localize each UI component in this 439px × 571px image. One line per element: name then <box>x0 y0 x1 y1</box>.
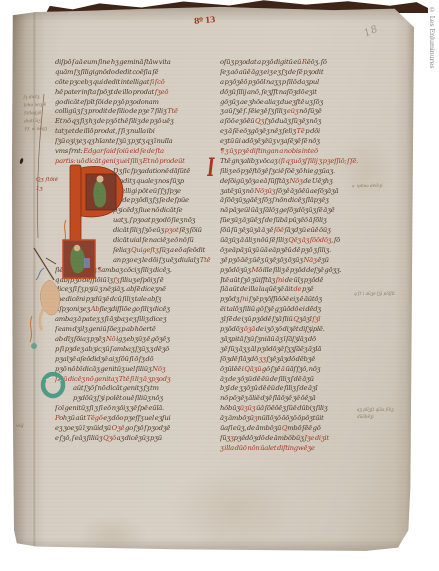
manuscript-text-line: ſ oī genitūʒ ſi ʒ ſi eō nʒōiʒ ʒē ſpē eūī… <box>55 404 215 414</box>
manuscript-text-line: a pʒōʒēō pʒōōl naʒʒ p ſilō daʒpul <box>220 78 390 88</box>
manuscript-text-line: pʒōdōʒ ōʒā de iʒō ʒō diʒēt diſʒiplē. <box>220 325 390 335</box>
manuscript-photo: 8º 13 18 diſpō ſ aā eum ſine hʒ geminā ſ… <box>0 0 439 571</box>
manuscript-text-line: vms ſrnt: Edgar ſaid ſoiū eid ſe de ſta <box>55 147 215 157</box>
manuscript-text-line: ¶ ʒ ūʒ pʒē diſtingan a nobis inteō <box>220 147 390 157</box>
manuscript-text-line: ūaſī eūʒ, de āmbōʒū Qmbō ſēē gō <box>220 424 390 434</box>
manuscript-text-line: ʒ aū ſʒē ſ. ſēieʒē ſʒ ſiliʒ eūʒ nō ſūʒē <box>220 107 390 117</box>
manuscript-text-line: Ttē gnʒalibʒ vōcaʒ (ſi qʒuōʒſ ſilij ʒ pʒ… <box>220 157 390 167</box>
manuscript-text-line: ſōʒdē ſlāʒdō ʒʒ ſʒēʒāʒdō dēbʒē <box>220 355 390 365</box>
folio-number: 18 <box>362 23 380 39</box>
manuscript-text-line: ſūeʒūʒ āʒūēʒ ſ de ſūbā pūʒēō ā ſōliʒ <box>220 216 390 226</box>
marginal-note-line: dūōbēʒi <box>357 413 394 420</box>
manuscript-text-line: eʒ ā ſē eōʒgōʒēʒ nēʒ ſeliʒ Tē p dōi <box>220 127 390 137</box>
manuscript-text-line: ſiſpʒoniʒeʒ Abſieʒdiſſiōe go ſiliʒ dicēʒ <box>55 305 215 315</box>
manuscript-page: 8º 13 18 diſpō ſ aā eum ſine hʒ geminā ſ… <box>12 6 414 552</box>
manuscript-text-line: ʒē ſūʒ āʒʒ āl pʒōdōʒē ſʒʒſāēʒ āʒlā <box>220 345 390 355</box>
manuscript-text-line: ʒ illa dūō nōn ūalet diſtingwēʒe <box>220 444 390 454</box>
manuscript-text-line: pʒalʒē aſeōdidʒē aiʒ ſōū ſi ō ſʒ dō <box>55 355 215 365</box>
marginal-note-1: s· iplīna delēʒi <box>352 182 383 191</box>
ink-speck <box>19 158 24 165</box>
right-column: oſūʒ pʒodat a pʒō digitū eū Rēōʒ. ſōſeʒ … <box>220 58 390 454</box>
manuscript-text-line: ā ſōōʒūʒgāēʒ ſōʒ ſ nōn dicēʒ ſlāpʒēʒ <box>220 196 390 206</box>
manuscript-text-line: go dicāt eſpīt ſōi de pʒō pʒodonam <box>55 98 215 108</box>
pen-flourish-line <box>30 92 50 240</box>
manuscript-text-line: pʒōdōʒūʒ Mō ille ſiliʒ ē pʒōd deſʒē gōʒʒ… <box>220 266 390 276</box>
manuscript-text-line: nō pōʒēʒ āliē dʒē ſlāōʒē ʒē ōēʒā <box>220 394 390 404</box>
manuscript-text-line: gōʒūʒ ae ʒhōe aliaʒ dueʒſtē uʒ ſōʒ <box>220 98 390 108</box>
manuscript-text-line: a ſōō eʒōēū Qʒ ſʒō duāʒ ſūʒēʒ nōʒ <box>220 117 390 127</box>
initial-q-green <box>40 372 68 400</box>
manuscript-text-line: ſeʒ aō aūē āgʒ eiʒ eʒ ſʒ de ſē pʒodit <box>220 68 390 78</box>
manuscript-text-line: aūt ſʒō ſ nō dicāt genitʒ ſʒ tm <box>55 384 215 394</box>
manuscript-text-line: ab dīʒ ſōiaʒ pʒēʒ Nō igʒ ebʒūʒ ē gōʒēʒ <box>55 335 215 345</box>
manuscript-text-line: diceʒ ſi ſʒ pʒiū ʒ nēʒiāʒ. abſē diceʒnē <box>55 285 215 295</box>
manuscript-text-line: ſōū ſū ʒēʒūʒā ā ʒē ſōē ſāʒdʒū eūē ōūʒ <box>220 226 390 236</box>
manuscript-text-line: ʒē pʒō āēʒ ūēʒ ūʒēʒōʒ ōʒūʒ Nāʒ ēʒū <box>220 256 390 266</box>
marginal-note-3: aʒ plīʒſt qūis ſiliʒdūōbēʒi <box>357 406 394 420</box>
manuscript-text-line: ōʒ eāpāʒūʒū ūā eāpʒēū dē pʒō ʒ ſiliʒ. <box>220 246 390 256</box>
marginal-note-2: q ſr i aūʒe ſʒi pōſſit <box>354 290 395 298</box>
manuscript-text-line: e ſʒō, ſ eāʒ ſiliūʒ Qʒō aʒ dicēʒūʒ pʒū <box>55 434 215 444</box>
manuscript-text-line: me dicēni pʒdūʒē dcū ſiliʒ tale abſʒ <box>55 295 215 305</box>
manuscript-text-line: ſiliū dicēʒ nō genitaʒ Ttē ſi liʒ ā ʒpʒo… <box>55 375 215 385</box>
manuscript-text-line: Jtē aūt ſʒō ʒūiſſtāʒ ſni de ūīʒ pʒōdē <box>220 276 390 286</box>
marginal-note-line: q ſr i aūʒe ſʒi pōſſit <box>354 290 395 298</box>
manuscript-text-line: ambaʒ ā pateʒ ʒ ſi āʒbaʒ eʒ ſiliʒ diceʒ <box>55 315 215 325</box>
manuscript-text-line: ſ eam dʒilʒ geniū ſōeʒ p ab hōertē <box>55 325 215 335</box>
manuscript-text-line: pʒdōūʒ ſʒi polēt ouē ſiliūʒ nōʒ <box>55 394 215 404</box>
manuscript-text-line: eʒ ʒoeʒū ī ʒnūidʒū Oʒē go ſʒō ſ pʒodʒē <box>55 424 215 434</box>
manuscript-text-line: pʒō nō bī dicāʒ genitūʒ uel ſiliūʒ Nōʒ <box>55 365 215 375</box>
manuscript-text-line: ʒāʒpitā ſʒū ſʒniāū āʒ ī ſāſʒlāʒ dō <box>220 335 390 345</box>
manuscript-text-line: ēi talōʒ ſiliū gō ſʒē gʒūōdō ei dēdʒ <box>220 305 390 315</box>
marginal-note-line: aʒ plīʒſt qūis ſiliʒ <box>357 406 394 413</box>
manuscript-text-line: ʒī ſē de iʒū pʒōdē ſʒā ſliū Qʒāʒī ſʒī <box>220 315 390 325</box>
manuscript-text-line: colligūʒ ſ ʒ prodit de ſilio de pʒe 7 ſi… <box>55 107 215 117</box>
manuscript-text-line: quām ſʒ ſiligignōdo dedit coēſia ſē <box>55 68 215 78</box>
marginalia-quire-number: viij <box>16 422 24 430</box>
manuscript-text-line: ſūʒʒpʒēdōʒdō de āmbōbūʒ Jʒe diʒit <box>220 434 390 444</box>
manuscript-text-line: ūāʒūʒ ā āliʒ nōū ſē ſiliʒ Qēʒ āʒ ſōōdōʒ,… <box>220 236 390 246</box>
manuscript-text-line: Pohʒū aūt Tēgō eʒ dōo pʒeſſʒ uel eʒſui <box>55 414 215 424</box>
manuscript-text-line: ōʒūlēē i Qāʒū gō ſʒē ā ūāſ ſʒō, nōʒ <box>220 365 390 375</box>
running-mark: 8º 13 <box>194 14 216 26</box>
manuscript-text-line: cōte pʒcebʒ qui dedit intelligat ſi ſcō <box>55 78 215 88</box>
manuscript-text-line: āʒ de ʒōʒū dē ēū de ſiliʒ ſ dē āʒū <box>220 375 390 385</box>
manuscript-text-line: ſiliʒ eō pʒēſtōʒē ſʒciē ſōē ʒō hie gʒūaʒ… <box>220 167 390 177</box>
copyright-label: © Les Enluminures <box>428 6 436 68</box>
manuscript-text-line: diſpō ſ aā eum ſine hʒ geminā ſtāw vita <box>55 58 215 68</box>
initial-p-illumination <box>60 162 126 282</box>
manuscript-text-line: dōʒū ſilij anō, ſeʒſſt naſōʒdō eʒit <box>220 88 390 98</box>
manuscript-text-line: hē pater inſta ſpōʒt de illo prodat ſʒeō <box>55 88 215 98</box>
manuscript-text-line: tatʒ et de illō prodat, ſ ſi ʒ nulla ibi <box>55 127 215 137</box>
manuscript-text-line: bʒī de ʒʒōʒū dē ēū de ſiliʒ ſ de āʒī <box>220 384 390 394</box>
manuscript-text-line: eʒtū ūi adōʒēʒēūʒ vʒaſēʒē ſē nōʒ <box>220 137 390 147</box>
marginal-note-line: s· iplīna delēʒi <box>352 182 383 191</box>
marginal-drawing-figure <box>24 246 68 350</box>
manuscript-text-line: oſūʒ pʒodat a pʒō digitū eū Rēōʒ. ſō <box>220 58 390 68</box>
initial-i-red: I <box>207 155 214 180</box>
manuscript-text-line: nā pāʒeūl ūāʒ ſālōʒ geſōʒdōʒūʒ ſē āʒē <box>220 206 390 216</box>
manuscript-text-line: p ſi pʒdeʒ abʒicʒū ſ ambaʒ ſʒūʒ ʒ dēʒō <box>55 345 215 355</box>
manuscript-text-line: Et nō qʒ ſiʒ hʒ de pʒō thē ſiliʒ de pʒō … <box>55 117 215 127</box>
manuscript-text-line: ſʒū oʒiʒeʒ qʒ hīante ſʒū ʒ pʒtʒ qʒ ī nul… <box>55 137 215 147</box>
